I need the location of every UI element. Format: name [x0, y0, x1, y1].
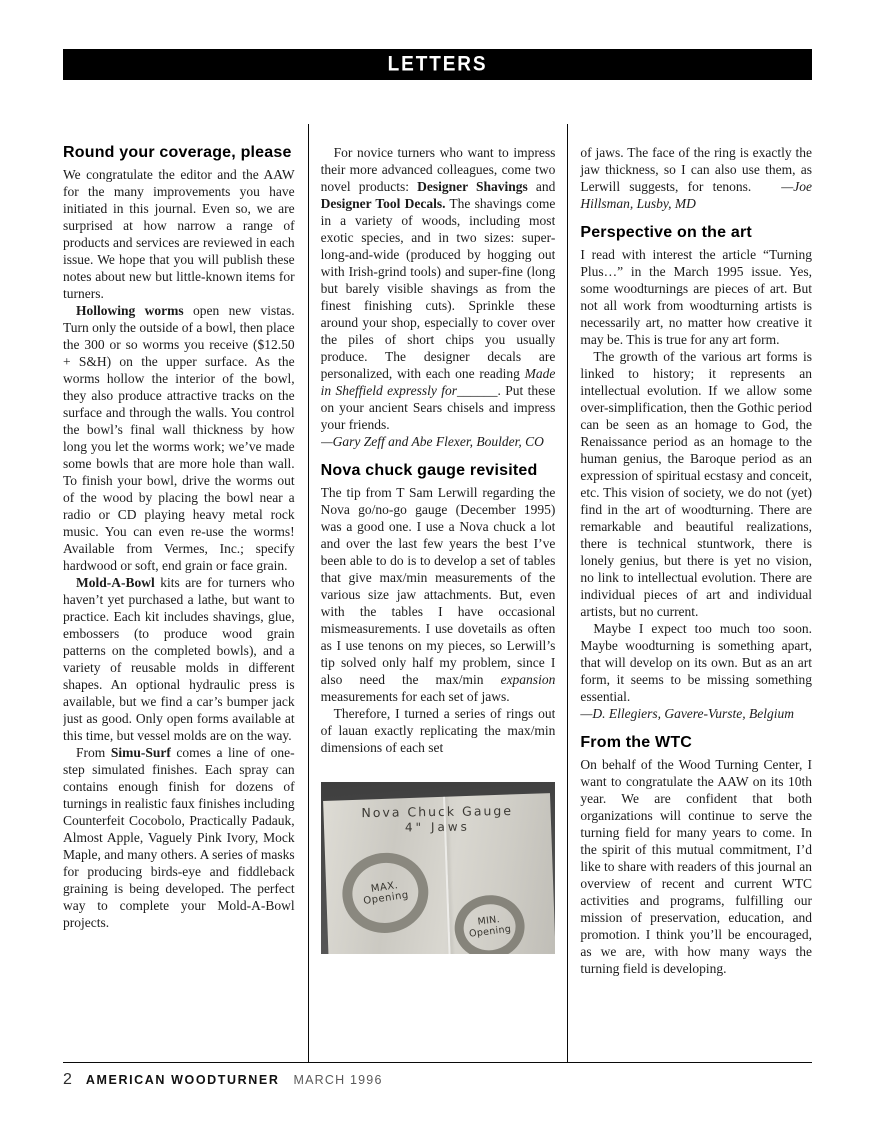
- paragraph: Mold-A-Bowl kits are for turners who hav…: [63, 574, 295, 744]
- text-segment: and: [528, 179, 556, 194]
- text-segment: The growth of the various art forms is l…: [580, 349, 812, 619]
- text-segment: open new vistas. Turn only the outside o…: [63, 303, 295, 573]
- letter-heading: From the WTC: [580, 734, 812, 752]
- text-segment: We congratulate the editor and the AAW f…: [63, 167, 295, 301]
- text-segment: The shavings come in a variety of woods,…: [321, 196, 556, 381]
- magazine-title: AMERICAN WOODTURNER: [86, 1073, 280, 1087]
- text-segment: Mold-A-Bowl: [76, 575, 155, 590]
- paragraph: Therefore, I turned a series of rings ou…: [321, 705, 556, 756]
- paragraph: We congratulate the editor and the AAW f…: [63, 166, 295, 302]
- paragraph: On behalf of the Wood Turning Center, I …: [580, 756, 812, 977]
- photo-paper: Nova Chuck Gauge 4" Jaws MAX. Opening MI…: [323, 793, 556, 954]
- photo-caption-line1: Nova Chuck Gauge: [323, 802, 550, 820]
- column-3: of jaws. The face of the ring is exactly…: [580, 124, 812, 1062]
- max-label-line2: Opening: [362, 890, 409, 907]
- page-number: 2: [63, 1071, 72, 1089]
- signature: —Gary Zeff and Abe Flexer, Boulder, CO: [321, 433, 556, 450]
- column-divider-left: [308, 124, 309, 1062]
- nova-chuck-gauge-photo: Nova Chuck Gauge 4" Jaws MAX. Opening MI…: [321, 782, 556, 954]
- letter-heading: Perspective on the art: [580, 224, 812, 242]
- paragraph: Maybe I expect too much too soon. Maybe …: [580, 620, 812, 705]
- text-segment: Designer Shavings: [417, 179, 528, 194]
- max-opening-label: MAX. Opening: [361, 878, 409, 907]
- text-segment: Hollowing worms: [76, 303, 184, 318]
- section-title: LETTERS: [388, 52, 488, 76]
- paragraph: For novice turners who want to impress t…: [321, 144, 556, 433]
- footer-rule: [63, 1062, 812, 1063]
- min-opening-ring: MIN. Opening: [451, 891, 528, 954]
- text-segment: From: [76, 745, 111, 760]
- text-segment: On behalf of the Wood Turning Center, I …: [580, 757, 812, 976]
- letter-heading: Round your coverage, please: [63, 144, 295, 162]
- paragraph: The tip from T Sam Lerwill regarding the…: [321, 484, 556, 705]
- text-segment: comes a line of one-step simulated finis…: [63, 745, 295, 930]
- column-1: Round your coverage, pleaseWe congratula…: [63, 124, 295, 1062]
- text-segment: Simu-Surf: [111, 745, 171, 760]
- paragraph: From Simu-Surf comes a line of one-step …: [63, 744, 295, 931]
- section-header-bar: LETTERS: [63, 49, 812, 80]
- letter-heading: Nova chuck gauge revisited: [321, 462, 556, 480]
- text-segment: kits are for turners who haven’t yet pur…: [63, 575, 295, 743]
- paragraph: of jaws. The face of the ring is exactly…: [580, 144, 812, 212]
- page-footer: 2 AMERICAN WOODTURNER MARCH 1996: [63, 1071, 383, 1089]
- photo-caption-line2: 4" Jaws: [323, 818, 550, 835]
- text-segment: The tip from T Sam Lerwill regarding the…: [321, 485, 556, 687]
- signature: —D. Ellegiers, Gavere-Vurste, Belgium: [580, 705, 812, 722]
- text-segment: measurements for each set of jaws.: [321, 689, 510, 704]
- text-segment: Designer Tool Decals.: [321, 196, 446, 211]
- text-segment: I read with interest the article “Turnin…: [580, 247, 812, 347]
- text-segment: Therefore, I turned a series of rings ou…: [321, 706, 556, 755]
- min-opening-label: MIN. Opening: [467, 914, 512, 941]
- paragraph: The growth of the various art forms is l…: [580, 348, 812, 620]
- column-2: For novice turners who want to impress t…: [321, 124, 556, 1062]
- paragraph: Hollowing worms open new vistas. Turn on…: [63, 302, 295, 574]
- paragraph: I read with interest the article “Turnin…: [580, 246, 812, 348]
- text-segment: of jaws. The face of the ring is exactly…: [580, 145, 812, 194]
- photo-caption: Nova Chuck Gauge 4" Jaws: [323, 802, 550, 835]
- max-opening-ring: MAX. Opening: [337, 847, 433, 938]
- text-segment: expansion: [501, 672, 556, 687]
- min-label-line2: Opening: [468, 924, 511, 940]
- text-segment: Maybe I expect too much too soon. Maybe …: [580, 621, 812, 704]
- column-divider-right: [567, 124, 568, 1062]
- letters-content: Round your coverage, pleaseWe congratula…: [63, 124, 812, 1062]
- magazine-page: LETTERS Round your coverage, pleaseWe co…: [0, 0, 876, 1133]
- issue-date: MARCH 1996: [294, 1073, 383, 1087]
